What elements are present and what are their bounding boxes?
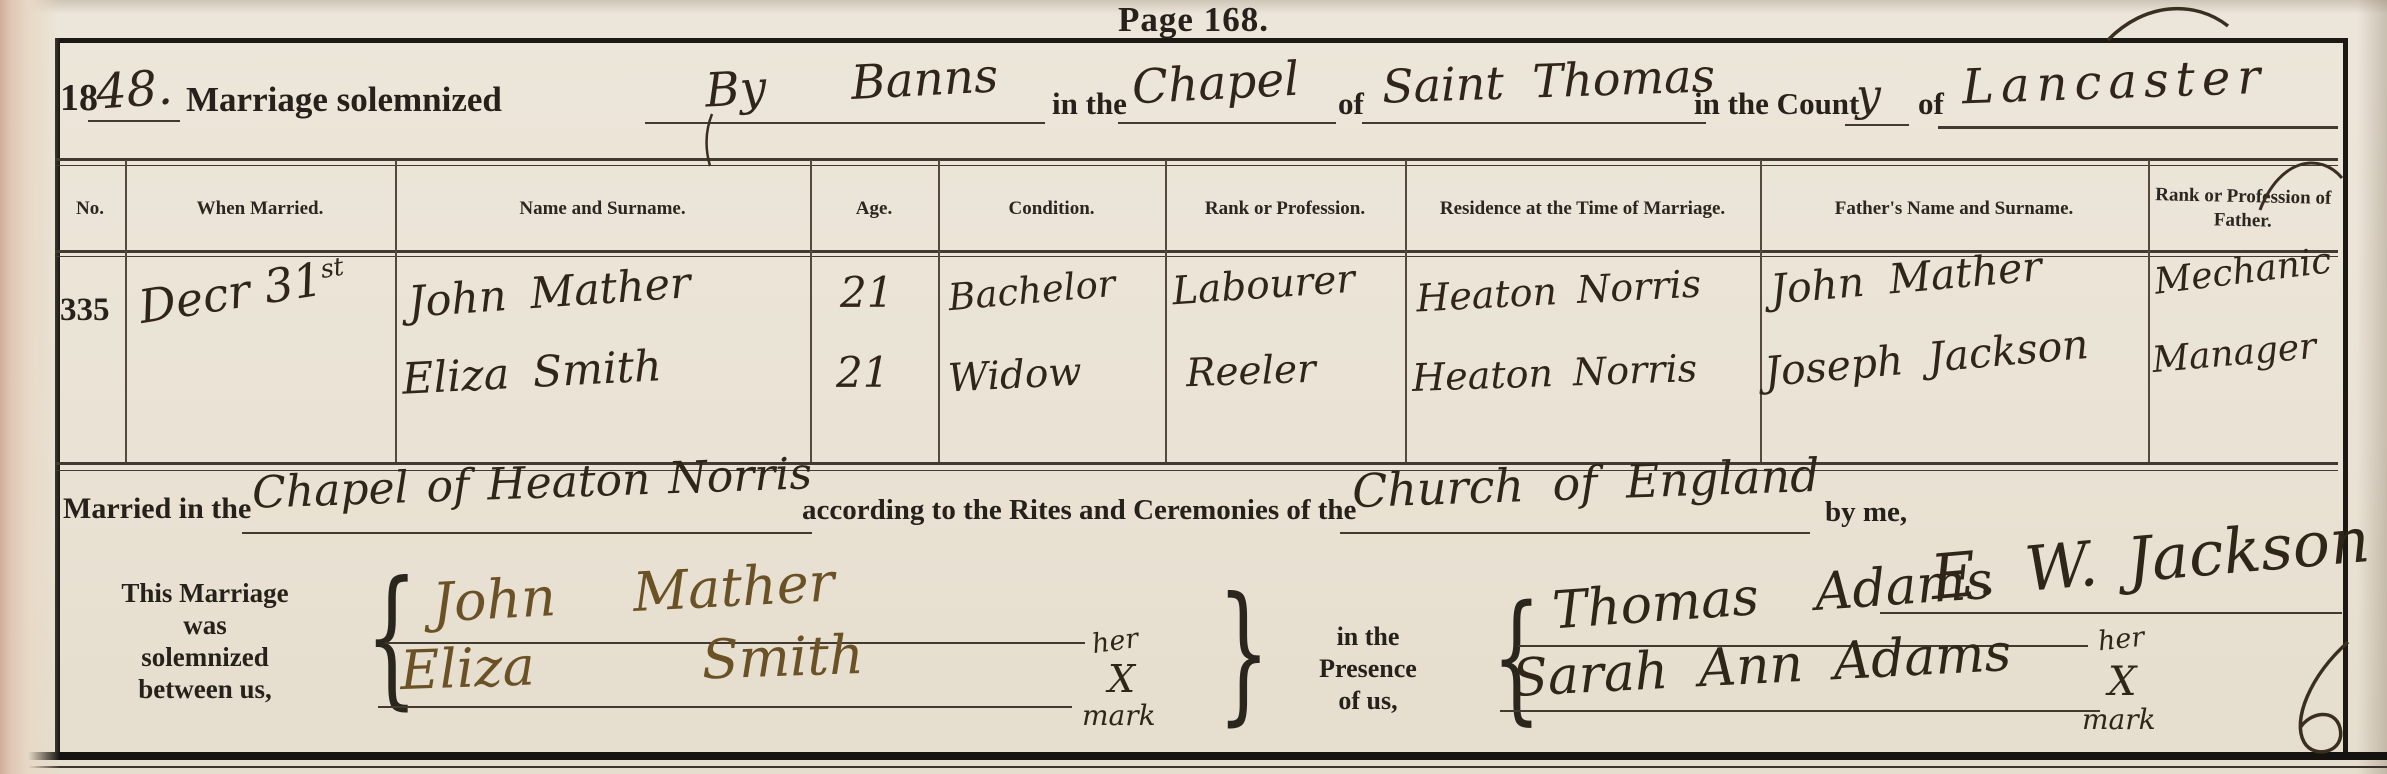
- pen-flourish: [690, 110, 730, 170]
- page-left-edge: [0, 0, 60, 774]
- witness-mark-x: X: [2108, 662, 2136, 702]
- solemnized-label: Marriage solemnized: [186, 80, 502, 120]
- pen-flourish: [2100, 0, 2240, 45]
- marriage-method-handwritten: By Banns: [704, 52, 999, 114]
- bride-age: 21: [836, 352, 889, 394]
- marriage-date-suffix: st: [318, 252, 345, 284]
- in-the-label: in the: [1052, 86, 1127, 122]
- of-label-1: of: [1338, 86, 1364, 122]
- groom-age: 21: [840, 272, 893, 314]
- rites-label: according to the Rites and Ceremonies of…: [802, 494, 1356, 527]
- underline-county-y: [1845, 124, 1909, 126]
- year-printed: 18: [60, 76, 98, 120]
- by-me-label: by me,: [1825, 496, 1907, 529]
- county-y-handwritten: y: [1856, 74, 1881, 118]
- underline-church-of-england: [1340, 532, 1810, 534]
- presence-label-line2: Presence: [1268, 654, 1468, 684]
- place-type-handwritten: Chapel: [1131, 56, 1300, 112]
- county-handwritten: Lancaster: [1961, 53, 2268, 112]
- underline-ceremony-place: [242, 532, 812, 534]
- record-number: 335: [60, 292, 110, 329]
- this-marriage-label-line1: This Marriage: [55, 578, 355, 609]
- attestation-close-brace: }: [1217, 578, 1269, 728]
- presence-label-line3: of us,: [1268, 686, 1468, 716]
- table-top-rule-thin: [55, 165, 2338, 166]
- col-header-age: Age.: [810, 170, 938, 248]
- bride-residence: Heaton Norris: [1411, 349, 1697, 397]
- year-handwritten: 48.: [94, 63, 174, 116]
- frame-bottom-band: [28, 752, 2387, 760]
- bride-profession: Reeler: [1185, 350, 1316, 394]
- underline-year: [88, 120, 180, 122]
- col-header-name-surname: Name and Surname.: [395, 170, 810, 248]
- pen-flourish: [2270, 636, 2380, 766]
- bride-mark-x: X: [1108, 660, 1135, 698]
- of-label-2: of: [1918, 86, 1944, 122]
- church-name-handwritten: Saint Thomas: [1381, 52, 1715, 110]
- col-header-no: No.: [55, 170, 125, 248]
- pen-flourish: [2250, 148, 2350, 218]
- county-label: in the Count: [1694, 86, 1859, 122]
- witness-signature-line-2: [1500, 710, 2100, 712]
- underline-church: [1362, 122, 1706, 124]
- bride-mark-word: mark: [1082, 702, 1156, 730]
- married-in-label: Married in the: [63, 492, 251, 526]
- frame-bottom-thin-rule: [28, 766, 2387, 768]
- col-header-residence: Residence at the Time of Marriage.: [1405, 170, 1760, 248]
- bride-signature: Eliza Smith: [399, 628, 864, 698]
- col-header-when-married: When Married.: [125, 170, 395, 248]
- table-top-rule: [55, 158, 2338, 161]
- underline-county: [1938, 126, 2338, 129]
- this-marriage-label-line4: between us,: [55, 674, 355, 705]
- col-header-father-name: Father's Name and Surname.: [1760, 170, 2148, 248]
- witness-mark-her: her: [2097, 624, 2146, 656]
- this-marriage-label-line2: was: [55, 610, 355, 641]
- bride-signature-line: [378, 706, 1072, 708]
- underline-place-type: [1118, 122, 1336, 124]
- marriage-register-page: Page 168. 18 48. Marriage solemnized By …: [0, 0, 2387, 774]
- presence-label-line1: in the: [1268, 622, 1468, 652]
- witness-mark-word: mark: [2082, 706, 2156, 734]
- page-number: Page 168.: [0, 0, 2387, 40]
- bride-condition: Widow: [947, 353, 1083, 399]
- col-header-condition: Condition.: [938, 170, 1165, 248]
- this-marriage-label-line3: solemnized: [55, 642, 355, 673]
- col-header-rank-profession: Rank or Profession.: [1165, 170, 1405, 248]
- bride-mark-her: her: [1090, 625, 1140, 658]
